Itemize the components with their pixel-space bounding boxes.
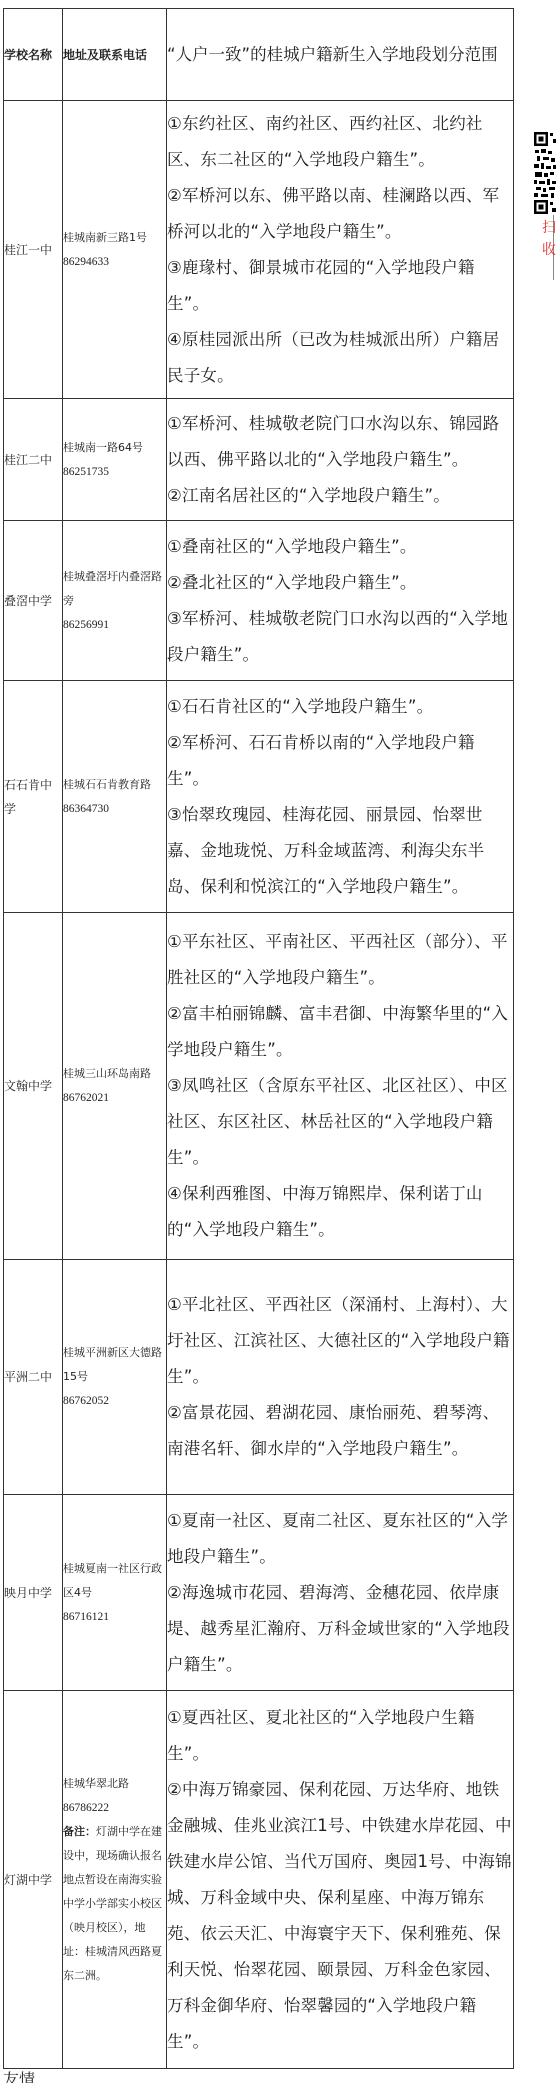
zone-description: ①夏西社区、夏北社区的“入学地段户生籍生”。 ②中海万锦豪园、保利花园、万达华府… (167, 1691, 514, 2069)
zone-item: ④保利西雅图、中海万锦熙岸、保利诺丁山的“入学地段户籍生”。 (167, 1176, 513, 1248)
school-name: 桂江一中 (4, 101, 63, 399)
school-name: 石石肯中学 (4, 681, 63, 913)
school-name: 平洲二中 (4, 1260, 63, 1495)
zone-description: ①叠南社区的“入学地段户籍生”。 ②叠北社区的“入学地段户籍生”。 ③军桥河、桂… (167, 521, 514, 681)
school-name: 文翰中学 (4, 913, 63, 1260)
school-name: 灯湖中学 (4, 1691, 63, 2069)
zone-description: ①夏南一社区、夏南二社区、夏东社区的“入学地段户籍生”。 ②海逸城市花园、碧海湾… (167, 1495, 514, 1691)
address-text: 桂城南新三路1号 (63, 226, 166, 250)
footer-partial-text: 友情 (3, 2070, 35, 2083)
note-text: 灯湖中学在建设中，现场确认报名地点暂设在南海实验中学小学部实小校区（映月校区），… (63, 1825, 162, 1982)
phone-number: 86716121 (63, 1605, 166, 1629)
zone-item: ②中海万锦豪园、保利花园、万达华府、地铁金融城、佳兆业滨江1号、中铁建水岸花园、… (167, 1772, 513, 2060)
zone-item: ③鹿瑑村、御景城市花园的“入学地段户籍生”。 (167, 250, 513, 322)
address-text: 桂城华翠北路 (63, 1772, 166, 1796)
phone-number: 86251735 (63, 460, 166, 484)
qr-code-icon[interactable] (533, 131, 556, 215)
zone-item: ①平北社区、平西社区（深涌村、上海村）、大圩社区、江滨社区、大德社区的“入学地段… (167, 1287, 513, 1395)
zone-description: ①平东社区、平南社区、平西社区（部分）、平胜社区的“入学地段户籍生”。 ②富丰柏… (167, 913, 514, 1260)
zone-description: ①东约社区、南约社区、西约社区、北约社区、东二社区的“入学地段户籍生”。 ②军桥… (167, 101, 514, 399)
address-text: 桂城三山环岛南路 (63, 1062, 166, 1086)
zone-item: ①军桥河、桂城敬老院门口水沟以东、锦园路以西、佛平路以北的“入学地段户籍生”。 (167, 406, 513, 478)
school-address: 桂城叠滘圩内叠滘路旁 86256991 (63, 521, 167, 681)
zone-item: ④原桂园派出所（已改为桂城派出所）户籍居民子女。 (167, 322, 513, 394)
table-row: 平洲二中 桂城平洲新区大德路15号 86762052 ①平北社区、平西社区（深涌… (4, 1260, 514, 1495)
header-zone: “人户一致”的桂城户籍新生入学地段划分范围 (167, 9, 514, 101)
zone-item: ③怡翠玫瑰园、桂海花园、丽景园、怡翠世嘉、金地珑悦、万科金域蓝湾、利海尖东半岛、… (167, 797, 513, 905)
zone-description: ①石石肯社区的“入学地段户籍生”。 ②军桥河、石石肯桥以南的“入学地段户籍生”。… (167, 681, 514, 913)
school-name: 映月中学 (4, 1495, 63, 1691)
zone-description: ①平北社区、平西社区（深涌村、上海村）、大圩社区、江滨社区、大德社区的“入学地段… (167, 1260, 514, 1495)
side-red-text: 扫 (542, 218, 556, 238)
table-row: 叠滘中学 桂城叠滘圩内叠滘路旁 86256991 ①叠南社区的“入学地段户籍生”… (4, 521, 514, 681)
address-text: 桂城平洲新区大德路15号 (63, 1341, 166, 1389)
address-text: 桂城叠滘圩内叠滘路旁 (63, 565, 166, 613)
table-header-row: 学校名称 地址及联系电话 “人户一致”的桂城户籍新生入学地段划分范围 (4, 9, 514, 101)
phone-number: 86364730 (63, 797, 166, 821)
zone-item: ①平东社区、平南社区、平西社区（部分）、平胜社区的“入学地段户籍生”。 (167, 924, 513, 996)
header-address: 地址及联系电话 (63, 9, 167, 101)
zone-item: ②江南名居社区的“入学地段户籍生”。 (167, 478, 513, 514)
zone-item: ①东约社区、南约社区、西约社区、北约社区、东二社区的“入学地段户籍生”。 (167, 106, 513, 178)
zone-item: ①石石肯社区的“入学地段户籍生”。 (167, 689, 513, 725)
table-row: 桂江一中 桂城南新三路1号 86294633 ①东约社区、南约社区、西约社区、北… (4, 101, 514, 399)
table-row: 桂江二中 桂城南一路64号 86251735 ①军桥河、桂城敬老院门口水沟以东、… (4, 399, 514, 521)
school-address: 桂城夏南一社区行政区4号 86716121 (63, 1495, 167, 1691)
phone-number: 86762052 (63, 1389, 166, 1413)
phone-number: 86256991 (63, 613, 166, 637)
zone-description: ①军桥河、桂城敬老院门口水沟以东、锦园路以西、佛平路以北的“入学地段户籍生”。 … (167, 399, 514, 521)
enrollment-zone-table: 学校名称 地址及联系电话 “人户一致”的桂城户籍新生入学地段划分范围 桂江一中 … (3, 8, 514, 2069)
zone-item: ②叠北社区的“入学地段户籍生”。 (167, 565, 513, 601)
school-name: 叠滘中学 (4, 521, 63, 681)
school-address: 桂城平洲新区大德路15号 86762052 (63, 1260, 167, 1495)
school-address: 桂城石石肯教育路 86364730 (63, 681, 167, 913)
address-note: 备注：灯湖中学在建设中，现场确认报名地点暂设在南海实验中学小学部实小校区（映月校… (63, 1820, 166, 1988)
zone-item: ②军桥河、石石肯桥以南的“入学地段户籍生”。 (167, 725, 513, 797)
zone-item: ②军桥河以东、佛平路以南、桂澜路以西、军桥河以北的“入学地段户籍生”。 (167, 178, 513, 250)
phone-number: 86294633 (63, 250, 166, 274)
zone-item: ①夏西社区、夏北社区的“入学地段户生籍生”。 (167, 1700, 513, 1772)
table-row: 石石肯中学 桂城石石肯教育路 86364730 ①石石肯社区的“入学地段户籍生”… (4, 681, 514, 913)
zone-item: ②富丰柏丽锦麟、富丰君御、中海繁华里的“入学地段户籍生”。 (167, 996, 513, 1068)
zone-item: ①叠南社区的“入学地段户籍生”。 (167, 529, 513, 565)
table-row: 映月中学 桂城夏南一社区行政区4号 86716121 ①夏南一社区、夏南二社区、… (4, 1495, 514, 1691)
school-address: 桂城南新三路1号 86294633 (63, 101, 167, 399)
address-text: 桂城南一路64号 (63, 436, 166, 460)
school-address: 桂城南一路64号 86251735 (63, 399, 167, 521)
note-label: 备注： (63, 1825, 96, 1838)
header-school: 学校名称 (4, 9, 63, 101)
school-name: 桂江二中 (4, 399, 63, 521)
side-red-text: 收 (542, 240, 556, 260)
zone-item: ②海逸城市花园、碧海湾、金穗花园、依岸康堤、越秀星汇瀚府、万科金域世家的“入学地… (167, 1575, 513, 1683)
table-row: 灯湖中学 桂城华翠北路 86786222 备注：灯湖中学在建设中，现场确认报名地… (4, 1691, 514, 2069)
phone-number: 86762021 (63, 1086, 166, 1110)
address-text: 桂城夏南一社区行政区4号 (63, 1557, 166, 1605)
school-address: 桂城三山环岛南路 86762021 (63, 913, 167, 1260)
phone-number: 86786222 (63, 1796, 166, 1820)
address-text: 桂城石石肯教育路 (63, 773, 166, 797)
zone-item: ①夏南一社区、夏南二社区、夏东社区的“入学地段户籍生”。 (167, 1503, 513, 1575)
table-row: 文翰中学 桂城三山环岛南路 86762021 ①平东社区、平南社区、平西社区（部… (4, 913, 514, 1260)
zone-item: ③军桥河、桂城敬老院门口水沟以西的“入学地段户籍生”。 (167, 601, 513, 673)
zone-item: ③凤鸣社区（含原东平社区、北区社区）、中区社区、东区社区、林岳社区的“入学地段户… (167, 1068, 513, 1176)
school-address: 桂城华翠北路 86786222 备注：灯湖中学在建设中，现场确认报名地点暂设在南… (63, 1691, 167, 2069)
zone-item: ②富景花园、碧湖花园、康怡丽苑、碧琴湾、南港名轩、御水岸的“入学地段户籍生”。 (167, 1395, 513, 1467)
